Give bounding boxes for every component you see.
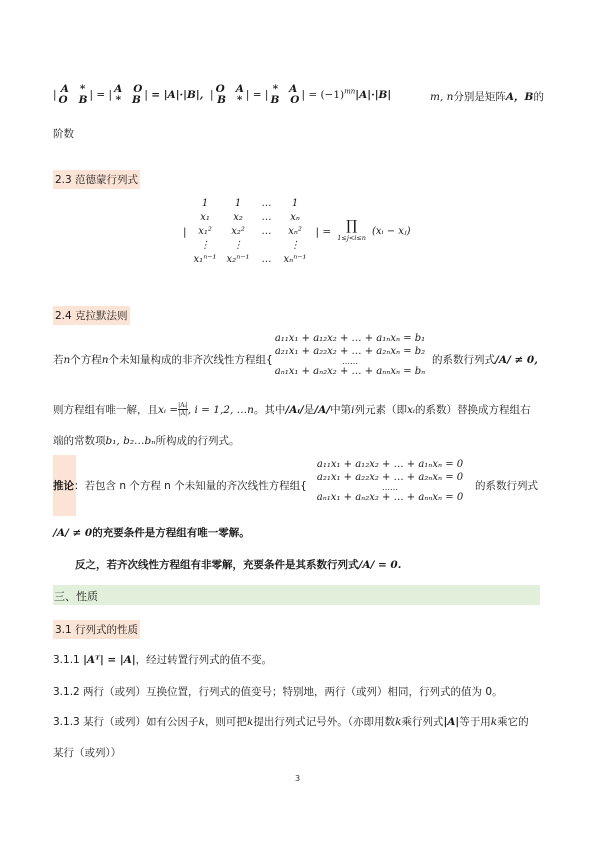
paragraph-continuation: 阶数	[53, 126, 74, 141]
cramer-solution: 则方程组有唯一解，且xᵢ = |Aᵢ||A| , i = 1,2, …n。其中/…	[53, 402, 531, 417]
section-heading-2-3: 2.3 范德蒙行列式	[53, 170, 140, 189]
block-matrix-formula: |A *O B| = |A O* B| = |A|·|B|, |O AB *| …	[53, 84, 391, 106]
cramer-condition: 的系数行列式/A/ ≠ 0,	[432, 352, 538, 367]
section-heading-3-bg	[53, 585, 540, 605]
product-operator: ∏1≤j<i≤n	[337, 220, 366, 244]
det4: * AB O	[270, 84, 299, 106]
corollary-intro: 推论：若包含 n 个方程 n 个未知量的齐次线性方程组{	[53, 478, 307, 493]
cramer-intro: 若n个方程n个未知量构成的非齐次线性方程组{	[53, 352, 273, 367]
property-3-1-1: 3.1.1 |Aᵀ| = |A|，经过转置行列式的值不变。	[53, 652, 272, 667]
vandermonde-formula: | 11…1 x₁x₂…xₙ x₁²x₂²…xₙ² ⋮⋮⋮ x₁ⁿ⁻¹x₂ⁿ⁻¹…	[183, 197, 410, 266]
section-heading-2-4: 2.4 克拉默法则	[53, 306, 130, 325]
cramer-solution-line2: 端的常数项b₁, b₂…bₙ所构成的行列式。	[53, 433, 240, 448]
section-heading-3: 三、性质	[54, 588, 98, 604]
det2: A O* B	[114, 84, 142, 106]
page-number: 3	[295, 774, 300, 783]
fraction: |Aᵢ||A|	[178, 402, 188, 417]
corollary-system: a₁₁x₁ + a₁₂x₂ + … + a₁ₙxₙ = 0 a₂₁x₁ + a₂…	[310, 458, 470, 504]
block-matrix-note: m, n分别是矩阵A，B的	[430, 89, 544, 104]
det3: O AB *	[216, 84, 244, 106]
converse-paragraph: 反之，若齐次线性方程组有非零解，充要条件是其系数行列式/A/ = 0.	[75, 557, 401, 572]
property-3-1-3-line2: 某行（或列））	[53, 745, 121, 760]
vandermonde-matrix: 11…1 x₁x₂…xₙ x₁²x₂²…xₙ² ⋮⋮⋮ x₁ⁿ⁻¹x₂ⁿ⁻¹…x…	[189, 197, 312, 266]
det1: A *O B	[59, 84, 88, 106]
corollary-line2: /A/ ≠ 0的充要条件是方程组有唯一零解。	[53, 525, 250, 540]
property-3-1-2: 3.1.2 两行（或列）互换位置，行列式的值变号；特别地，两行（或列）相同，行列…	[53, 684, 503, 699]
cramer-system: a₁₁x₁ + a₁₂x₂ + … + a₁ₙxₙ = b₁ a₂₁x₁ + a…	[270, 332, 430, 378]
corollary-after: 的系数行列式	[475, 478, 538, 493]
section-heading-3-1: 3.1 行列式的性质	[53, 620, 140, 639]
property-3-1-3: 3.1.3 某行（或列）如有公因子k，则可把k提出行列式记号外。（亦即用数k乘行…	[53, 714, 529, 729]
